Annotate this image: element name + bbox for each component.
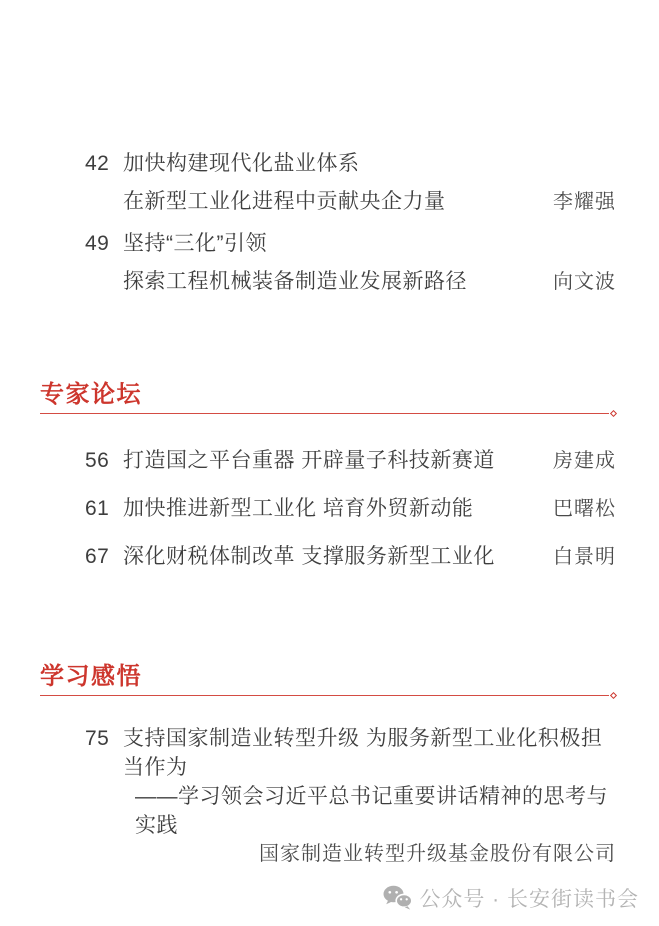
entry-title-line: 支持国家制造业转型升级 为服务新型工业化积极担当作为 [123,724,616,782]
entry-page-number: 67 [85,538,123,576]
section-rule [40,409,616,417]
entry-subtitle-line: ——学习领会习近平总书记重要讲话精神的思考与实践 [85,782,616,840]
rule-line [40,413,609,414]
entry-author: 房建成 [553,442,616,480]
entry-page-number: 42 [85,145,123,221]
section-study-reflections: 学习感悟 75 支持国家制造业转型升级 为服务新型工业化积极担当作为 ——学习领… [40,663,616,869]
toc-entry-67: 67 深化财税体制改革 支撑服务新型工业化 白景明 [85,538,616,576]
rule-diamond-icon [610,409,617,416]
entry-author: 向文波 [553,263,616,301]
section-title: 专家论坛 [40,381,616,409]
entry-title-line: 加快构建现代化盐业体系 [123,145,616,183]
front-entry-list: 42 加快构建现代化盐业体系 在新型工业化进程中贡献央企力量 李耀强 49 坚持… [40,145,616,301]
section-expert-forum: 专家论坛 56 打造国之平台重器 开辟量子科技新赛道 房建成 61 加快推进新型… [40,381,616,576]
entry-author: 白景明 [553,538,616,576]
toc-entry-75: 75 支持国家制造业转型升级 为服务新型工业化积极担当作为 ——学习领会习近平总… [85,724,616,869]
entry-author: 巴曙松 [553,490,616,528]
section-title: 学习感悟 [40,663,616,691]
section-header: 专家论坛 [40,381,616,417]
section-header: 学习感悟 [40,663,616,699]
wechat-icon [383,885,412,911]
entry-author: 李耀强 [553,183,616,221]
entry-page-number: 56 [85,442,123,480]
watermark: 公众号 · 长安街读书会 [383,883,639,913]
entry-page-number: 75 [85,724,123,782]
entry-title-line: 坚持“三化”引领 [123,225,616,263]
entry-title-line: 打造国之平台重器 开辟量子科技新赛道 [123,442,553,480]
entry-title-line: 探索工程机械装备制造业发展新路径 [123,263,553,301]
toc-entry-56: 56 打造国之平台重器 开辟量子科技新赛道 房建成 [85,442,616,480]
entry-author: 国家制造业转型升级基金股份有限公司 [85,840,616,869]
rule-line [40,695,609,696]
section-entry-list: 56 打造国之平台重器 开辟量子科技新赛道 房建成 61 加快推进新型工业化 培… [40,442,616,576]
toc-entry-49: 49 坚持“三化”引领 探索工程机械装备制造业发展新路径 向文波 [85,225,616,301]
entry-title-line: 加快推进新型工业化 培育外贸新动能 [123,490,553,528]
section-rule [40,691,616,699]
section-entry-list: 75 支持国家制造业转型升级 为服务新型工业化积极担当作为 ——学习领会习近平总… [40,724,616,869]
entry-page-number: 61 [85,490,123,528]
toc-entry-42: 42 加快构建现代化盐业体系 在新型工业化进程中贡献央企力量 李耀强 [85,145,616,221]
entry-title-line: 深化财税体制改革 支撑服务新型工业化 [123,538,553,576]
watermark-text: 公众号 · 长安街读书会 [419,883,639,913]
rule-diamond-icon [610,691,617,698]
toc-page: 42 加快构建现代化盐业体系 在新型工业化进程中贡献央企力量 李耀强 49 坚持… [0,0,659,869]
entry-title-line: 在新型工业化进程中贡献央企力量 [123,183,553,221]
toc-entry-61: 61 加快推进新型工业化 培育外贸新动能 巴曙松 [85,490,616,528]
entry-page-number: 49 [85,225,123,301]
